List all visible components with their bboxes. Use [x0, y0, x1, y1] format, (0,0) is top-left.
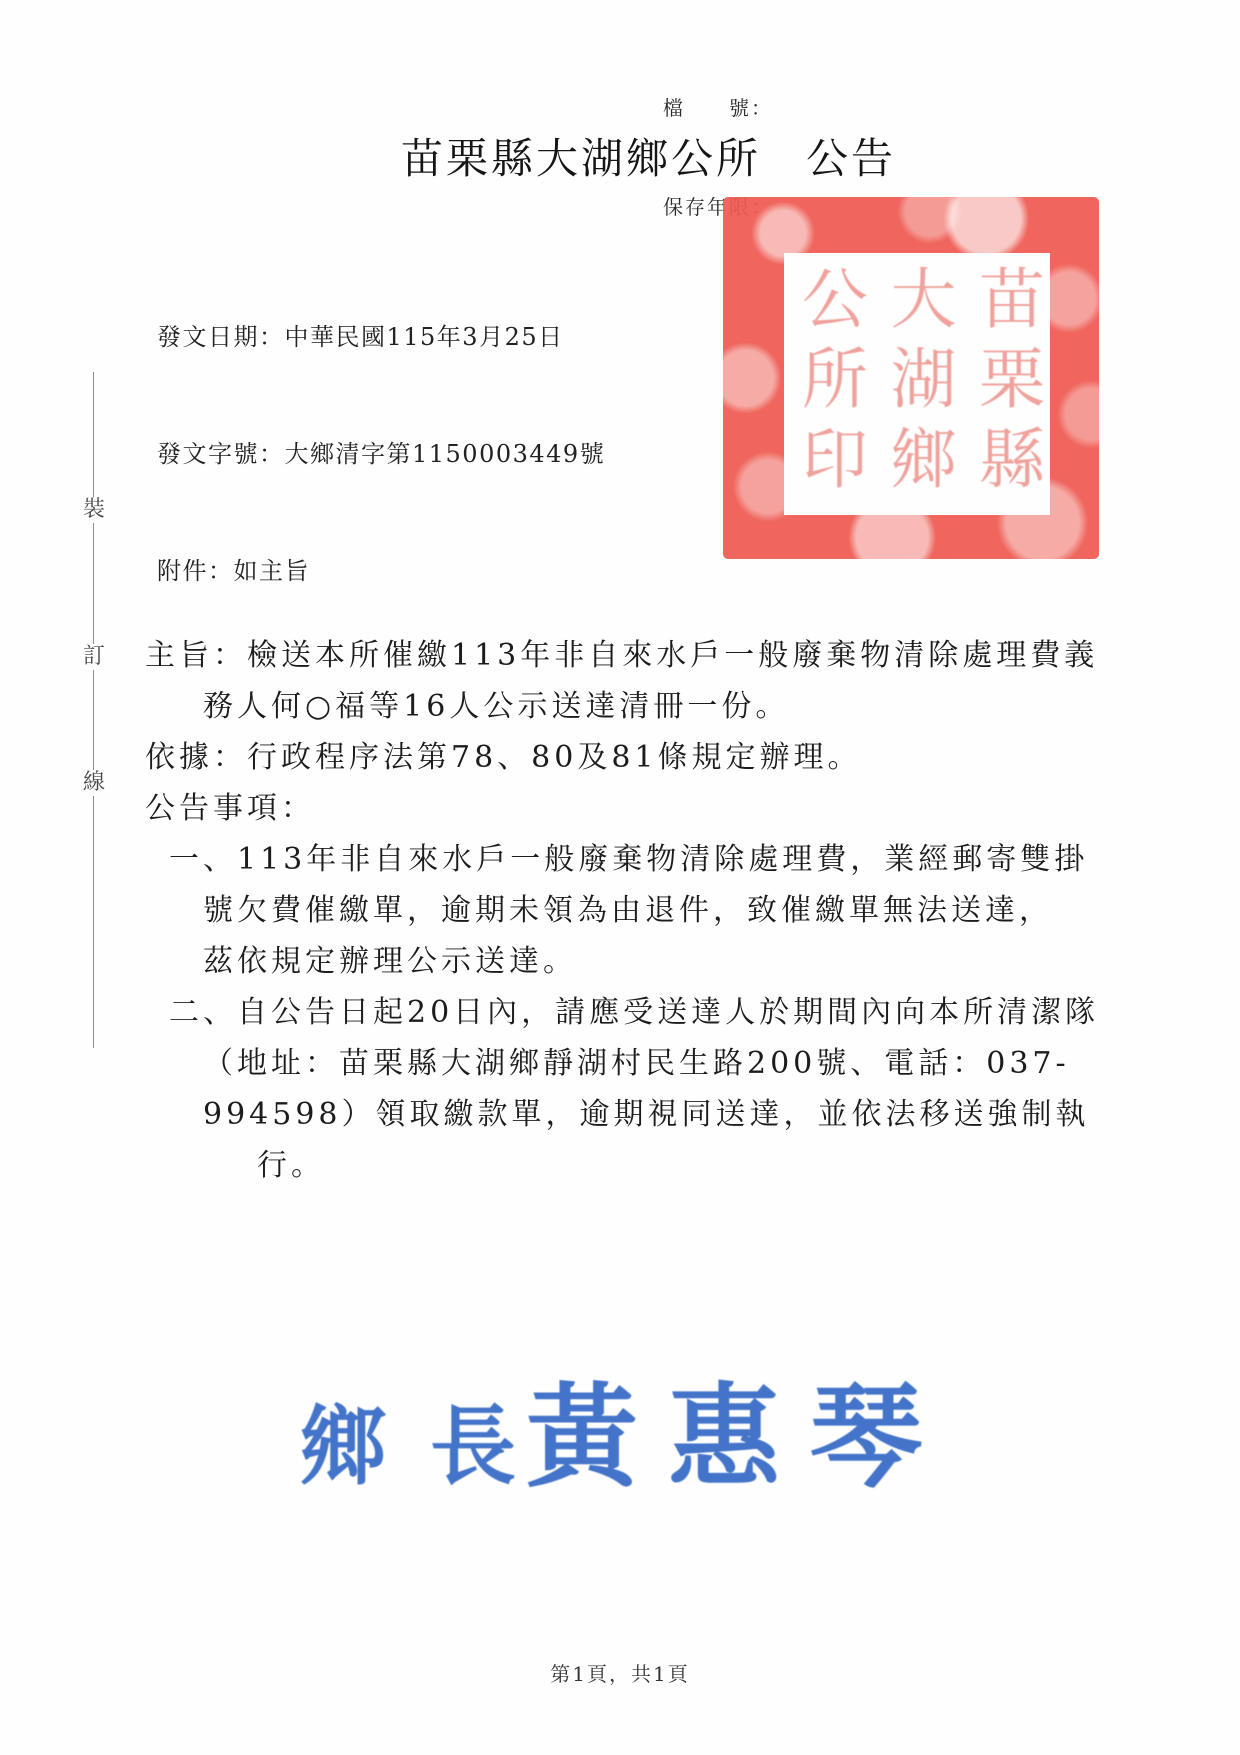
document-page: 檔 號： 保存年限： 苗栗縣大湖鄉公所 公告 苗栗縣 大湖鄉 公所印 發文日期：…	[0, 0, 1240, 1755]
official-seal: 苗栗縣 大湖鄉 公所印	[723, 197, 1099, 559]
body-line: 行。	[145, 1140, 1135, 1191]
body-line: （地址：苗栗縣大湖鄉靜湖村民生路200號、電話：037-	[145, 1038, 1135, 1089]
attachment-note: 附件：如主旨	[157, 552, 605, 591]
announcement-body: 主旨：檢送本所催繳113年非自來水戶一般廢棄物清除處理費義 務人何○福等16人公…	[145, 630, 1135, 1191]
body-line: 994598）領取繳款單，逾期視同送達，並依法移送強制執	[145, 1089, 1135, 1140]
body-line: 一、113年非自來水戶一般廢棄物清除處理費，業經郵寄雙掛	[145, 834, 1135, 885]
file-number-label: 檔 號：	[663, 92, 773, 125]
binding-line	[93, 372, 94, 1048]
issue-date: 發文日期：中華民國115年3月25日	[157, 318, 605, 357]
official-seal-text: 苗栗縣 大湖鄉 公所印	[784, 253, 1050, 515]
binding-char: 裝	[81, 497, 107, 523]
document-meta: 發文日期：中華民國115年3月25日 發文字號：大鄉清字第1150003449號…	[157, 240, 605, 669]
seal-column: 公所印	[795, 264, 861, 504]
body-line: 公告事項：	[145, 783, 1135, 834]
mayor-signature-stamp: 鄉長黃惠琴	[300, 1348, 952, 1509]
body-line: 務人何○福等16人公示送達清冊一份。	[145, 681, 1135, 732]
document-number: 發文字號：大鄉清字第1150003449號	[157, 435, 605, 474]
body-line: 茲依規定辦理公示送達。	[145, 936, 1135, 987]
body-line: 主旨：檢送本所催繳113年非自來水戶一般廢棄物清除處理費義	[145, 630, 1135, 681]
signature-title: 鄉長	[300, 1396, 560, 1497]
signature-name: 黃惠琴	[526, 1372, 952, 1503]
binding-char: 訂	[81, 644, 107, 670]
page-number: 第1頁，共1頁	[0, 1658, 1240, 1687]
seal-column: 苗栗縣	[973, 264, 1039, 504]
seal-column: 大湖鄉	[884, 264, 950, 504]
body-line: 號欠費催繳單，逾期未領為由退件，致催繳單無法送達，	[145, 885, 1135, 936]
body-line: 二、自公告日起20日內，請應受送達人於期間內向本所清潔隊	[145, 987, 1135, 1038]
binding-char: 線	[81, 770, 107, 796]
body-line: 依據：行政程序法第78、80及81條規定辦理。	[145, 732, 1135, 783]
document-title: 苗栗縣大湖鄉公所 公告	[401, 126, 896, 186]
